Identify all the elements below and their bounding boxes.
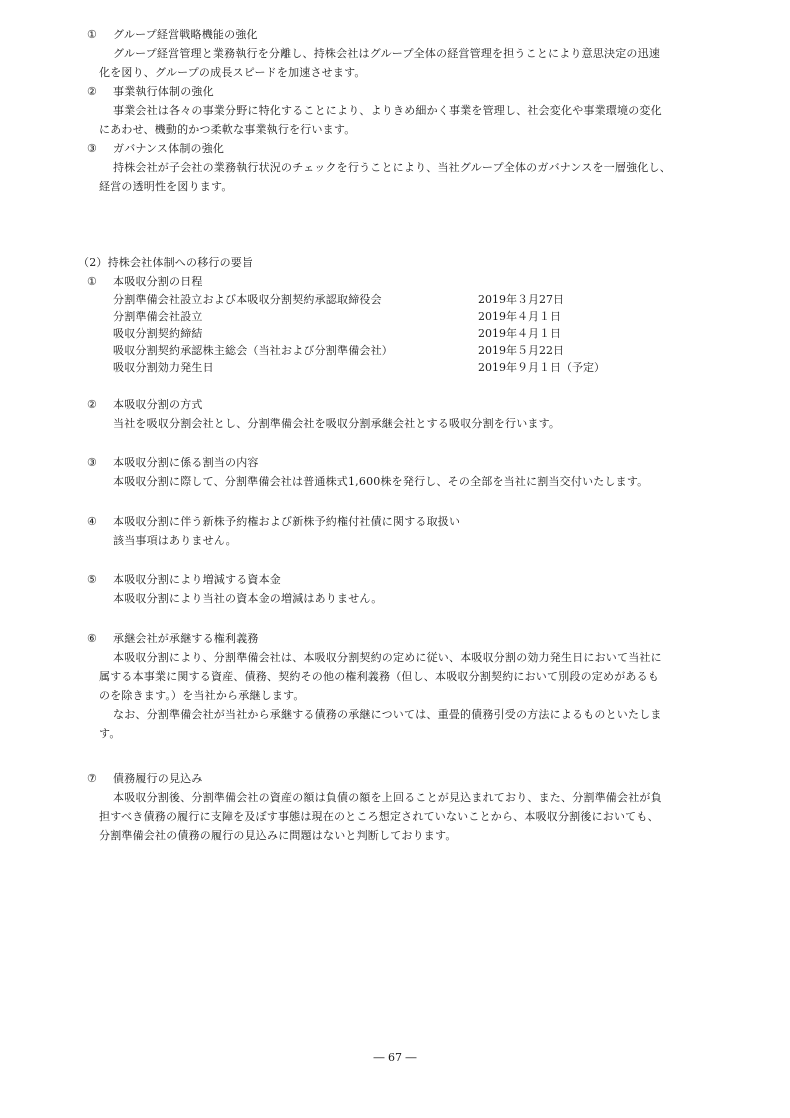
item-title: グループ経営戦略機能の強化 <box>113 28 258 42</box>
schedule-date: 2019年５月22日 <box>478 344 564 358</box>
item-title: 承継会社が承継する権利義務 <box>113 632 259 646</box>
item-title: 本吸収分割に係る割当の内容 <box>113 456 259 470</box>
paragraph-line: 経営の透明性を図ります。 <box>99 180 233 194</box>
paragraph-line: なお、分割準備会社が当社から承継する債務の承継については、重畳的債務引受の方法に… <box>113 708 662 722</box>
item-title: 本吸収分割の方式 <box>113 398 203 412</box>
paragraph-line: 本吸収分割により当社の資本金の増減はありません。 <box>113 592 382 606</box>
paragraph-line: 担すべき債務の履行に支障を及ぼす事態は現在のところ想定されていないことから、本吸… <box>99 810 659 824</box>
item-title: 本吸収分割の日程 <box>113 275 203 289</box>
paragraph-line: 当社を吸収分割会社とし、分割準備会社を吸収分割承継会社とする吸収分割を行います。 <box>113 417 560 431</box>
paragraph-line: 事業会社は各々の事業分野に特化することにより、よりきめ細かく事業を管理し、社会変… <box>113 104 662 118</box>
item-marker: ① <box>87 28 97 42</box>
item-marker: ⑤ <box>87 573 97 587</box>
schedule-date: 2019年３月27日 <box>478 293 564 307</box>
paragraph-line: 本吸収分割により、分割準備会社は、本吸収分割契約の定めに従い、本吸収分割の効力発… <box>113 651 662 665</box>
paragraph-line: 該当事項はありません。 <box>113 534 237 548</box>
schedule-label: 吸収分割契約締結 <box>113 327 203 341</box>
schedule-label: 分割準備会社設立および本吸収分割契約承認取締役会 <box>113 293 382 307</box>
paragraph-line: にあわせ、機動的かつ柔軟な事業執行を行います。 <box>99 123 355 137</box>
item-marker: ④ <box>87 515 97 529</box>
paragraph-line: す。 <box>99 727 121 741</box>
item-title: 事業執行体制の強化 <box>113 85 214 99</box>
paragraph-line: 本吸収分割に際して、分割準備会社は普通株式1,600株を発行し、その全部を当社に… <box>113 475 648 489</box>
paragraph-line: のを除きます。）を当社から承継します。 <box>99 689 305 703</box>
item-marker: ⑦ <box>87 772 97 786</box>
paragraph-line: 属する本事業に関する資産、債務、契約その他の権利義務（但し、本吸収分割契約におい… <box>99 670 659 684</box>
item-marker: ③ <box>87 456 97 470</box>
paragraph-line: 本吸収分割後、分割準備会社の資産の額は負債の額を上回ることが見込まれており、また… <box>113 791 662 805</box>
schedule-date: 2019年９月１日（予定） <box>478 361 605 375</box>
schedule-label: 吸収分割契約承認株主総会（当社および分割準備会社） <box>113 344 393 358</box>
page-number: ― 67 ― <box>0 1051 790 1064</box>
item-marker: ② <box>87 398 97 412</box>
item-title: 本吸収分割に伴う新株予約権および新株予約権付社債に関する取扱い <box>113 515 460 529</box>
schedule-date: 2019年４月１日 <box>478 310 561 324</box>
paragraph-line: 化を図り、グループの成長スピードを加速させます。 <box>99 66 366 80</box>
item-title: 債務履行の見込み <box>113 772 203 786</box>
paragraph-line: 分割準備会社の債務の履行の見込みに問題はないと判断しております。 <box>99 829 457 843</box>
schedule-label: 分割準備会社設立 <box>113 310 203 324</box>
item-marker: ③ <box>87 142 97 156</box>
item-marker: ② <box>87 85 97 99</box>
schedule-date: 2019年４月１日 <box>478 327 561 341</box>
item-title: ガバナンス体制の強化 <box>113 142 224 156</box>
paragraph-line: 持株会社が子会社の業務執行状況のチェックを行うことにより、当社グループ全体のガバ… <box>113 161 671 175</box>
item-title: 本吸収分割により増減する資本金 <box>113 573 281 587</box>
section-heading: （2）持株会社体制への移行の要旨 <box>78 256 253 270</box>
item-marker: ⑥ <box>87 632 97 646</box>
paragraph-line: グループ経営管理と業務執行を分離し、持株会社はグループ全体の経営管理を担うことに… <box>113 47 660 61</box>
item-marker: ① <box>87 275 97 289</box>
schedule-label: 吸収分割効力発生日 <box>113 361 214 375</box>
